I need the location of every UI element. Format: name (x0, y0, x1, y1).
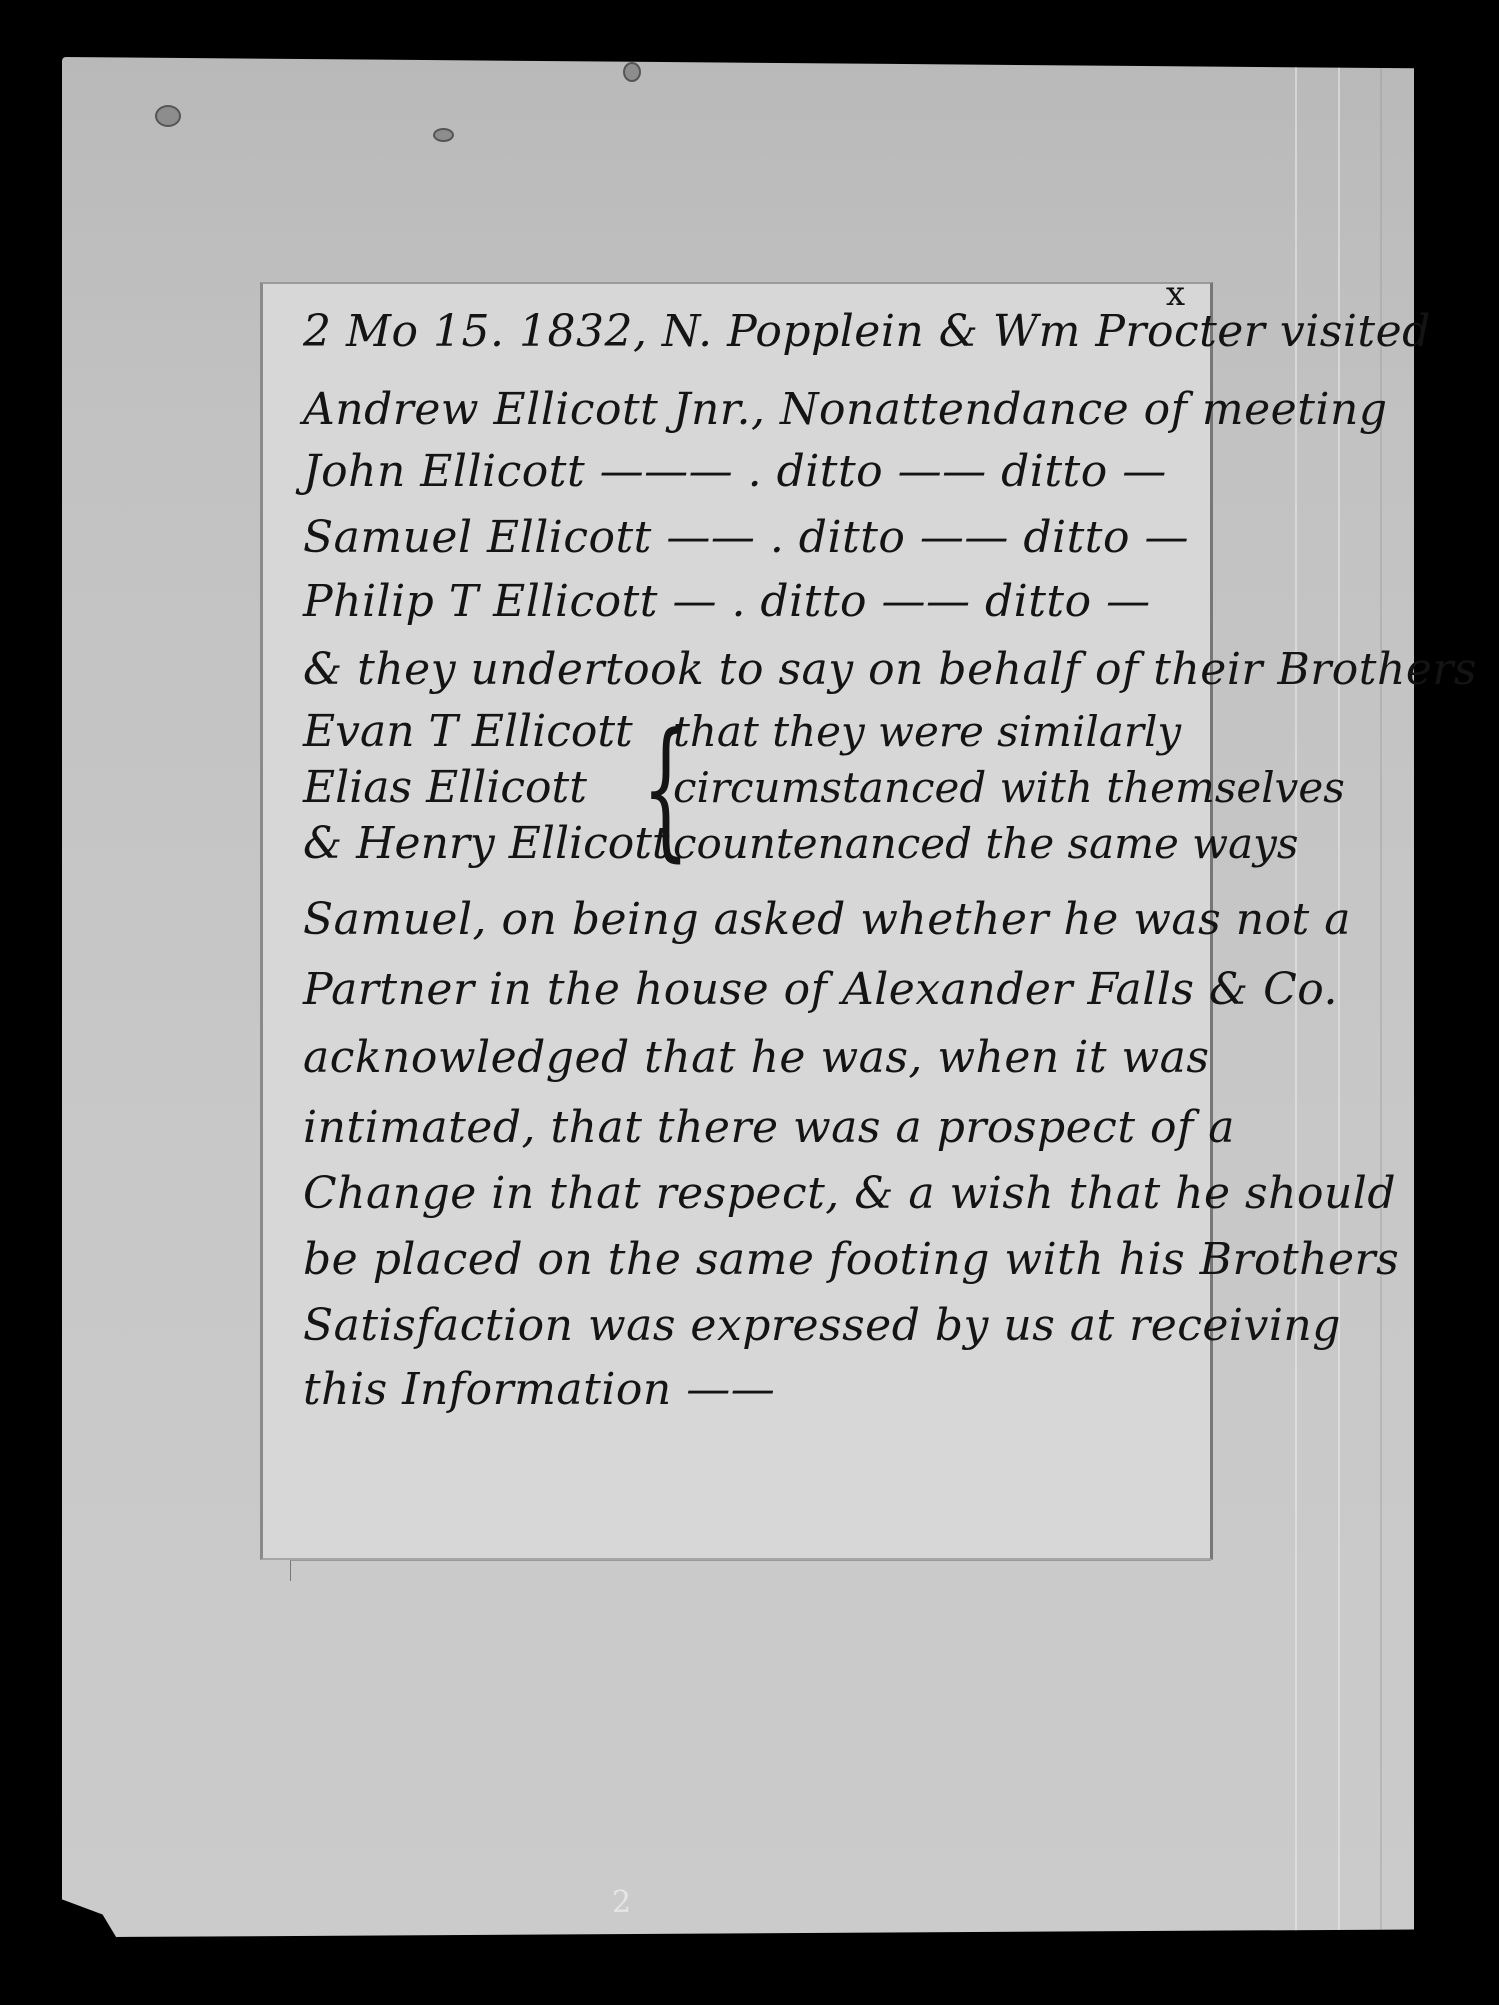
manuscript-line: acknowledged that he was, when it was (303, 1032, 1209, 1083)
brace-statement-line: circumstanced with themselves (673, 760, 1345, 816)
brother-name: & Henry Ellicott (303, 816, 670, 872)
brace-statement-line: that they were similarly (673, 704, 1345, 760)
manuscript-line: 2 Mo 15. 1832, N. Popplein & Wm Procter … (303, 306, 1431, 357)
manuscript-line: Samuel, on being asked whether he was no… (303, 894, 1351, 945)
stain-spot (433, 128, 454, 142)
manuscript-line: this Information —— (303, 1364, 775, 1415)
manuscript-page: x 2 Mo 15. 1832, N. Popplein & Wm Procte… (260, 282, 1213, 1560)
manuscript-line: Philip T Ellicott — . ditto —— ditto — (303, 576, 1151, 627)
brothers-names: Evan T Ellicott Elias Ellicott & Henry E… (303, 704, 670, 872)
stain-spot (623, 62, 641, 82)
manuscript-line: Samuel Ellicott —— . ditto —— ditto — (303, 512, 1189, 563)
manuscript-line: Satisfaction was expressed by us at rece… (303, 1300, 1341, 1351)
brace-section: Evan T Ellicott Elias Ellicott & Henry E… (303, 704, 1203, 874)
page-number-mark: 2 (612, 1885, 631, 1920)
brace-statement-line: countenanced the same ways (673, 816, 1345, 872)
paper-underlay-edge (290, 1560, 1211, 1581)
stain-spot (155, 105, 181, 127)
brother-name: Evan T Ellicott (303, 704, 670, 760)
manuscript-line: John Ellicott ——— . ditto —— ditto — (303, 446, 1167, 497)
manuscript-line: Andrew Ellicott Jnr., Nonattendance of m… (303, 384, 1387, 435)
brother-name: Elias Ellicott (303, 760, 670, 816)
manuscript-line: & they undertook to say on behalf of the… (303, 644, 1477, 695)
manuscript-line: Change in that respect, & a wish that he… (303, 1168, 1396, 1219)
brace-statement: that they were similarly circumstanced w… (673, 704, 1345, 872)
manuscript-line: be placed on the same footing with his B… (303, 1234, 1399, 1285)
manuscript-line: Partner in the house of Alexander Falls … (303, 964, 1338, 1015)
manuscript-line: intimated, that there was a prospect of … (303, 1102, 1235, 1153)
